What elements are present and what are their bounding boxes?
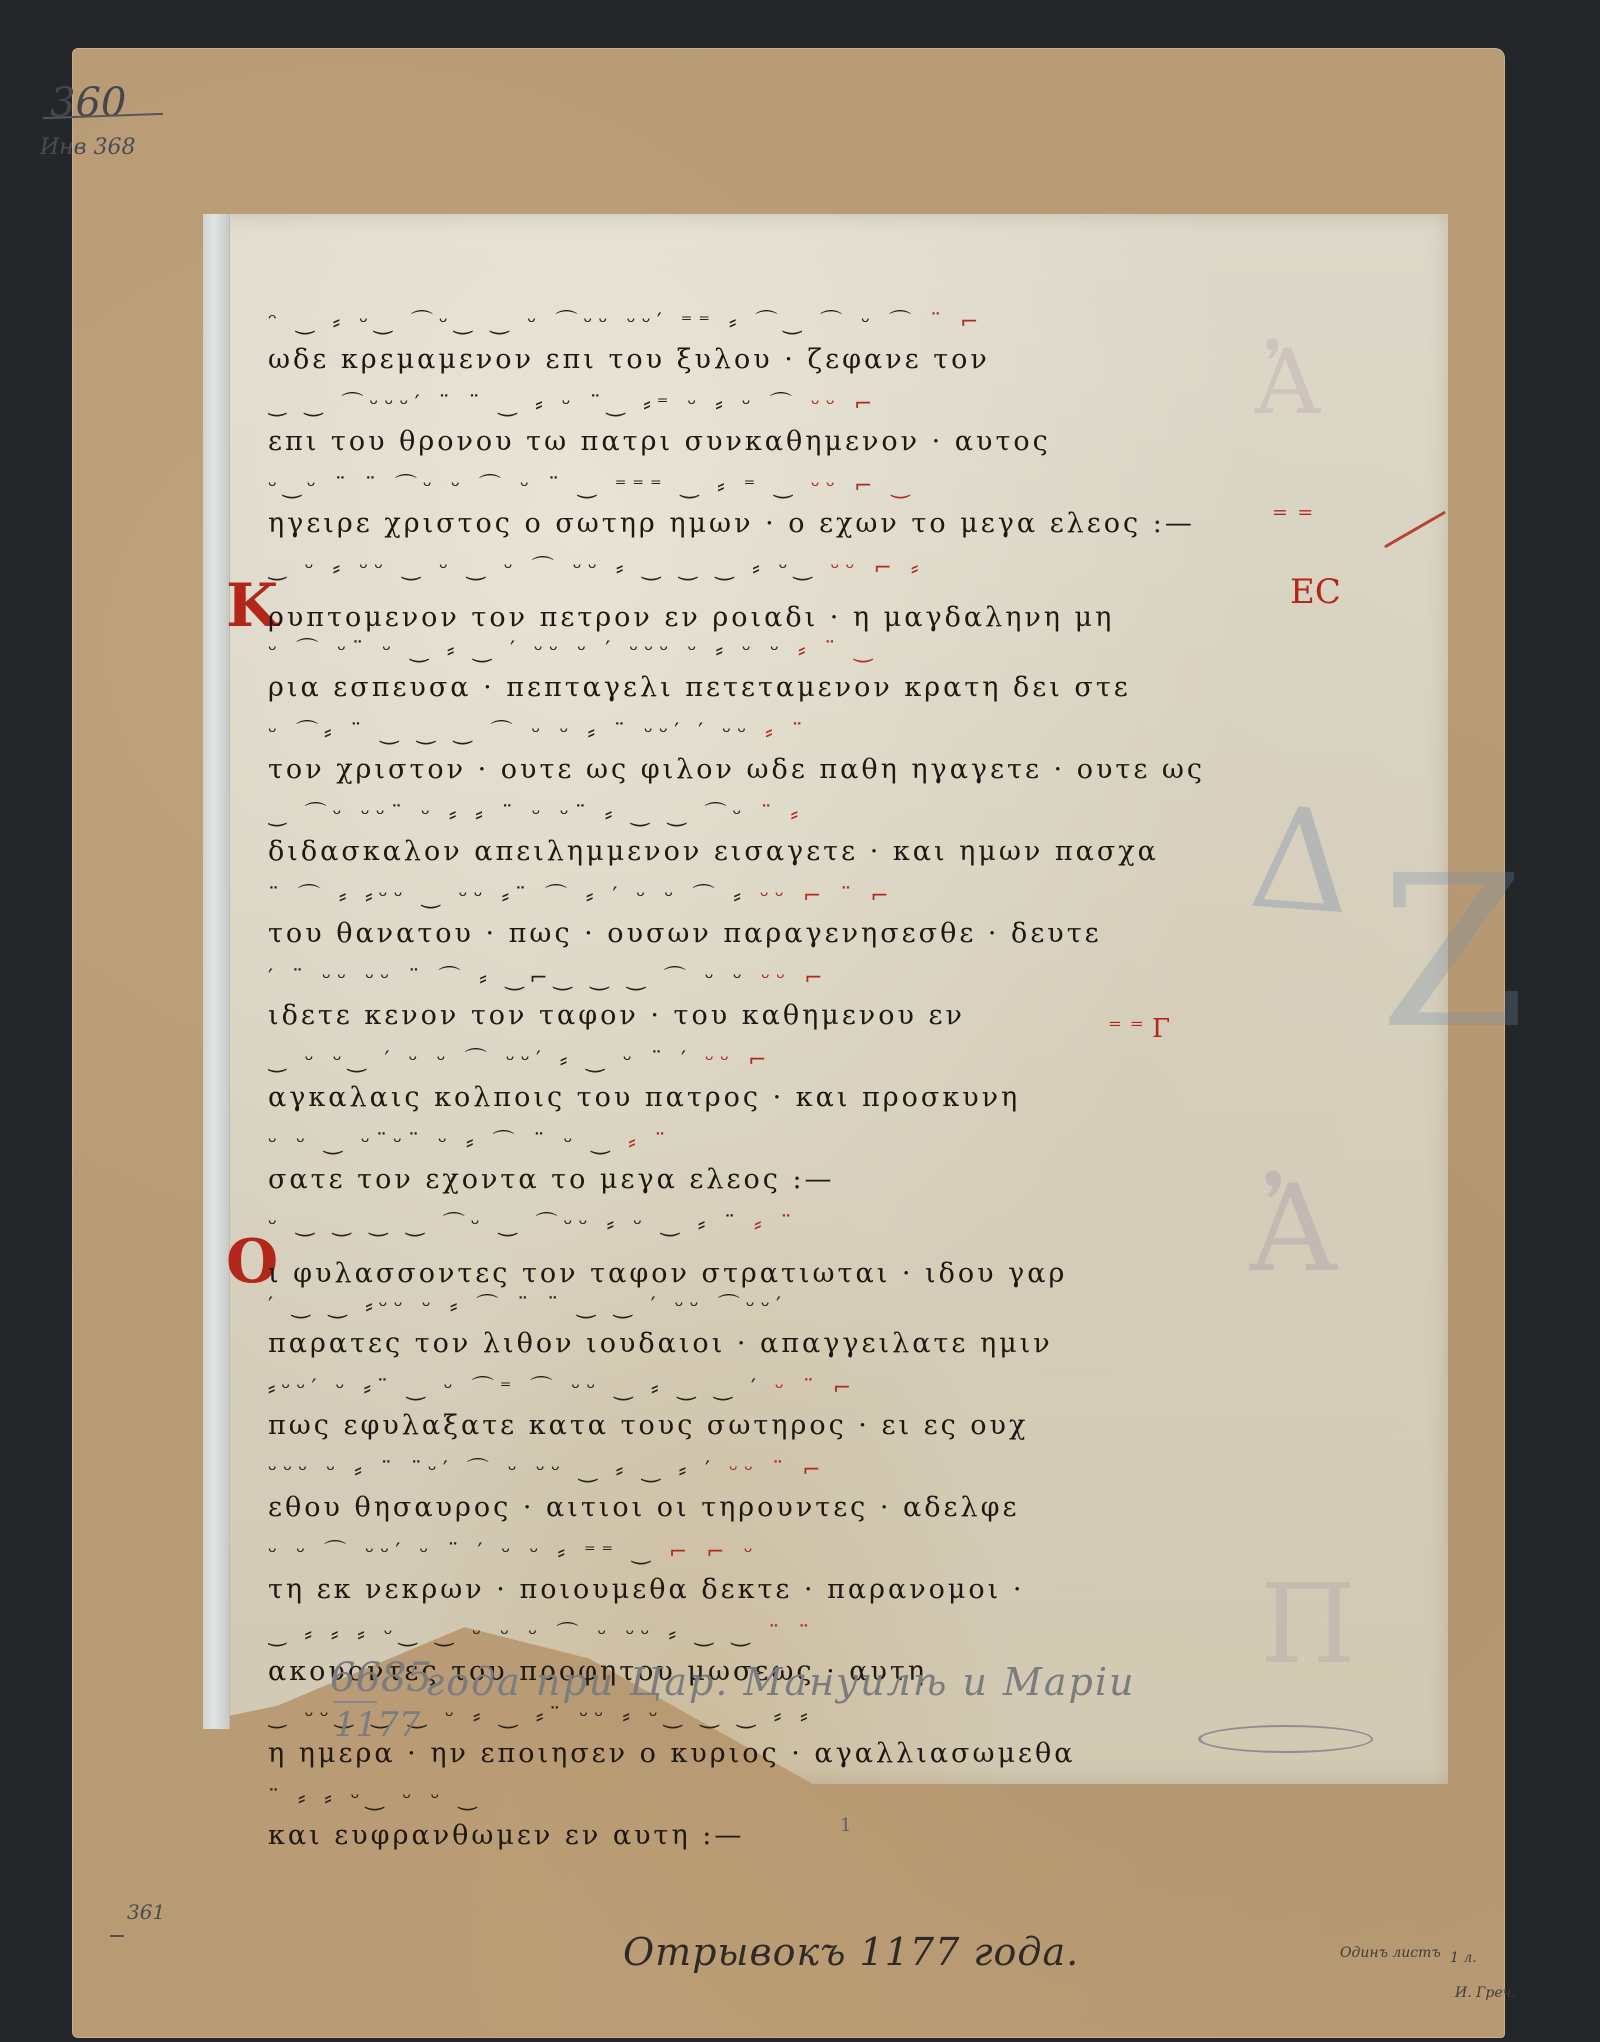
neume-line: ′ ‿ ‿ ⸗ᵕᵕ ᵕ ⸗ ⌒ ¨ ¨ ‿ ‿ ′ ᵕᵕ ⌒ᵕᵕ′: [268, 1289, 1288, 1325]
text-line: τη εκ νεκρων · ποιουμεθα δεκτε · παρανομ…: [268, 1571, 1288, 1617]
neume-line: ⸗ᵕᵕ′ ᵕ ⸗¨ ‿ ᵕ ⌒⁼ ⌒ ᵕᵕ ‿ ⸗ ‿ ‿ ′ ᵕ ¨ ⌐: [268, 1371, 1288, 1407]
folio-number: 360: [50, 80, 126, 126]
pencil-year-am: 6685: [330, 1655, 432, 1701]
red-margin-neume: ⁼ ⁼: [1272, 505, 1313, 533]
neume-line: ᵕᵕᵕ ᵕ ⸗ ¨ ¨ᵕ′ ⌒ ᵕ ᵕᵕ ‿ ⸗ ‿ ⸗ ′ ᵕᵕ ¨ ⌐: [268, 1453, 1288, 1489]
neume-notation: ᵕ ᵕ ⌒ ᵕᵕ′ ᵕ ¨ ′ ᵕ ᵕ ⸗ ⁼⁼ ‿: [268, 1540, 656, 1565]
text-line: εθου θησαυρος · αιτιοι οι τηρουντες · αδ…: [268, 1489, 1288, 1535]
leaf-page-number: 1: [840, 1815, 851, 1836]
neume-notation: ‿ ᵕ ᵕ‿ ′ ᵕ ᵕ ⌒ ᵕᵕ′ ⸗ ‿ ᵕ ¨ ′: [268, 1048, 692, 1073]
pencil-year-rule: [333, 1701, 377, 1703]
neume-notation: ᵕ ᵕ ‿ ᵕ¨ᵕ¨ ᵕ ⸗ ⌒ ¨ ᵕ ‿: [268, 1130, 615, 1155]
neume-notation: ′ ¨ ᵕᵕ ᵕᵕ ¨ ⌒ ⸗ ‿⌐‿ ‿ ‿ ⌒ ᵕ ᵕ: [268, 966, 748, 991]
chant-line: ‿ ᵕᵕ‿ ‿ ‿ ᵕ ⸗ ‿ ⸗¨ ᵕᵕ ⸗ ᵕ‿ ‿ ‿ ⸗ ⸗ η ημε…: [268, 1699, 1288, 1781]
chant-line: ᵔ ‿ ⸗ ᵕ‿ ⌒ᵕ‿ ‿ ᵕ ⌒ᵕᵕ ᵕᵕ′ ⁼⁼ ⸗ ⌒‿ ⌒ ᵕ ⌒ ¨…: [268, 305, 1288, 387]
chant-line: ᵕ ⌒ ᵕ¨ ᵕ ‿ ⸗ ‿ ′ ᵕᵕ ᵕ ′ ᵕᵕᵕ ᵕ ⸗ ᵕ ᵕ ⸗ ¨ …: [268, 633, 1288, 715]
red-neume-notation: ᵕᵕ ¨ ⌐: [729, 1458, 827, 1483]
neume-notation: ⸗ᵕᵕ′ ᵕ ⸗¨ ‿ ᵕ ⌒⁼ ⌒ ᵕᵕ ‿ ⸗ ‿ ‿ ′: [268, 1376, 762, 1401]
neume-notation: ᵕ ⌒⸗ ¨ ‿ ‿ ‿ ⌒ ᵕ ᵕ ⸗ ¨ ᵕᵕ′ ′ ᵕᵕ: [268, 720, 752, 745]
mount-bottom-number: 361: [127, 1900, 165, 1924]
mount-corner-note: Одинъ листъ: [1340, 1945, 1441, 1961]
text-line: τον χριστον · ουτε ως φιλον ωδε παθη ηγα…: [268, 751, 1288, 797]
neume-line: ᵕ‿ᵕ ¨ ¨ ⌒ᵕ ᵕ ⌒ ᵕ ¨ ‿ ⁼⁼⁼ ‿ ⸗ ⁼ ‿ ᵕᵕ ⌐ ‿: [268, 469, 1288, 505]
text-line: του θανατου · πως · ουσων παραγενησεσθε …: [268, 915, 1288, 961]
text-line: επι του θρονου τω πατρι συνκαθημενον · α…: [268, 423, 1288, 469]
text-line: ρια εσπευσα · πεπταγελι πετεταμενον κρατ…: [268, 669, 1288, 715]
red-neume-notation: ᵕᵕ ⌐: [811, 392, 879, 417]
text-line: διδασκαλον απειλημμενον εισαγετε · και η…: [268, 833, 1288, 879]
offset-ghost-letter: Ζ: [1380, 830, 1526, 1075]
chant-line: ‿ ᵕ ⸗ ᵕᵕ ‿ ᵕ ‿ ᵕ ⌒ ᵕᵕ ⸗ ‿ ‿ ‿ ⸗ ᵕ‿ ᵕᵕ ⌐ …: [268, 551, 1288, 633]
text-line: παρατες τον λιθον ιουδαιοι · απαγγειλατε…: [268, 1325, 1288, 1371]
text-line: αγκαλαις κολποις του πατρος · και προσκυ…: [268, 1079, 1288, 1125]
text-line-content: ρυπτομενον τον πετρον εν ροιαδι · η μαγδ…: [268, 602, 1114, 633]
mount-corner-note: И. Греч.: [1455, 1985, 1516, 2001]
red-neume-notation: ᵕᵕ ⌐ ⸗: [830, 556, 924, 581]
pencil-flourish: [1198, 1725, 1373, 1753]
red-margin-neume: ⁼ ⁼ Γ: [1108, 1015, 1170, 1043]
chant-line: ¨ ⌒ ⸗ ⸗ᵕᵕ ‿ ᵕᵕ ⸗¨ ⌒ ⸗ ′ ᵕ ᵕ ⌒ ⸗ ᵕᵕ ⌐ ¨ ⌐…: [268, 879, 1288, 961]
neume-notation: ‿ ⸗ ⸗ ⸗ ᵕ‿ ‿ ᵕ ᵕ ᵕ ⌒ ᵕ ᵕᵕ ⸗ ‿ ‿: [268, 1622, 755, 1647]
chant-line: ‿ ‿ ⌒ᵕᵕᵕ′ ¨ ¨ ‿ ⸗ ᵕ ¨‿ ⸗⁼ ᵕ ⸗ ᵕ ⌒ ᵕᵕ ⌐ ε…: [268, 387, 1288, 469]
red-neume-notation: ᵕᵕ ⌐ ‿: [811, 474, 915, 499]
neume-notation: ¨ ⌒ ⸗ ⸗ᵕᵕ ‿ ᵕᵕ ⸗¨ ⌒ ⸗ ′ ᵕ ᵕ ⌒ ⸗: [268, 884, 747, 909]
manuscript-text-block: ᵔ ‿ ⸗ ᵕ‿ ⌒ᵕ‿ ‿ ᵕ ⌒ᵕᵕ ᵕᵕ′ ⁼⁼ ⸗ ⌒‿ ⌒ ᵕ ⌒ ¨…: [268, 305, 1288, 1863]
text-line: πως εφυλαξατε κατα τους σωτηρος · ει ες …: [268, 1407, 1288, 1453]
neume-line: ‿ ⸗ ⸗ ⸗ ᵕ‿ ‿ ᵕ ᵕ ᵕ ⌒ ᵕ ᵕᵕ ⸗ ‿ ‿ ¨ ¨: [268, 1617, 1288, 1653]
chant-line: ¨ ⸗ ⸗ ᵕ‿ ᵕ ᵕ ‿ και ευφρανθωμεν εν αυτη :…: [268, 1781, 1288, 1863]
neume-line: ᵕ ‿ ‿ ‿ ‿ ⌒ᵕ ‿ ⌒ᵕᵕ ⸗ ᵕ ‿ ⸗ ¨ ⸗ ¨: [268, 1207, 1288, 1243]
red-neume-notation: ⸗ ¨: [628, 1130, 671, 1155]
neume-line: ¨ ⌒ ⸗ ⸗ᵕᵕ ‿ ᵕᵕ ⸗¨ ⌒ ⸗ ′ ᵕ ᵕ ⌒ ⸗ ᵕᵕ ⌐ ¨ ⌐: [268, 879, 1288, 915]
red-neume-notation: ⸗ ¨: [754, 1212, 797, 1237]
chant-line: ᵕ ᵕ ‿ ᵕ¨ᵕ¨ ᵕ ⸗ ⌒ ¨ ᵕ ‿ ⸗ ¨ σατε τον εχον…: [268, 1125, 1288, 1207]
neume-notation: ᵕ ‿ ‿ ‿ ‿ ⌒ᵕ ‿ ⌒ᵕᵕ ⸗ ᵕ ‿ ⸗ ¨: [268, 1212, 741, 1237]
pencil-reign-note: года при Цар. Мануилѣ и Маріи: [425, 1660, 1136, 1704]
red-neume-notation: ᵕᵕ ⌐: [761, 966, 829, 991]
inventory-number: Инв 368: [40, 135, 135, 160]
neume-line: ‿ ⌒ᵕ ᵕᵕ¨ ᵕ ⸗ ⸗ ¨ ᵕ ᵕ¨ ⸗ ‿ ‿ ⌒ᵕ ¨ ⸗: [268, 797, 1288, 833]
red-neume-notation: ᵕ ¨ ⌐: [775, 1376, 858, 1401]
chant-line: ᵕ ⌒⸗ ¨ ‿ ‿ ‿ ⌒ ᵕ ᵕ ⸗ ¨ ᵕᵕ′ ′ ᵕᵕ ⸗ ¨ τον …: [268, 715, 1288, 797]
text-line: Κρυπτομενον τον πετρον εν ροιαδι · η μαγ…: [268, 587, 1288, 633]
neume-line: ‿ ‿ ⌒ᵕᵕᵕ′ ¨ ¨ ‿ ⸗ ᵕ ¨‿ ⸗⁼ ᵕ ⸗ ᵕ ⌒ ᵕᵕ ⌐: [268, 387, 1288, 423]
neume-line: ‿ ᵕ ⸗ ᵕᵕ ‿ ᵕ ‿ ᵕ ⌒ ᵕᵕ ⸗ ‿ ‿ ‿ ⸗ ᵕ‿ ᵕᵕ ⌐ …: [268, 551, 1288, 587]
chant-line: ⸗ᵕᵕ′ ᵕ ⸗¨ ‿ ᵕ ⌒⁼ ⌒ ᵕᵕ ‿ ⸗ ‿ ‿ ′ ᵕ ¨ ⌐ πω…: [268, 1371, 1288, 1453]
red-neume-notation: ᵕᵕ ⌐: [705, 1048, 773, 1073]
neume-line: ′ ¨ ᵕᵕ ᵕᵕ ¨ ⌒ ⸗ ‿⌐‿ ‿ ‿ ⌒ ᵕ ᵕ ᵕᵕ ⌐: [268, 961, 1288, 997]
neume-notation: ‿ ‿ ⌒ᵕᵕᵕ′ ¨ ¨ ‿ ⸗ ᵕ ¨‿ ⸗⁼ ᵕ ⸗ ᵕ ⌒: [268, 392, 798, 417]
chant-line: ‿ ᵕ ᵕ‿ ′ ᵕ ᵕ ⌒ ᵕᵕ′ ⸗ ‿ ᵕ ¨ ′ ᵕᵕ ⌐ αγκαλα…: [268, 1043, 1288, 1125]
neume-notation: ᵕ ⌒ ᵕ¨ ᵕ ‿ ⸗ ‿ ′ ᵕᵕ ᵕ ′ ᵕᵕᵕ ᵕ ⸗ ᵕ ᵕ: [268, 638, 785, 663]
red-neume-notation: ⸗ ¨ ‿: [798, 638, 878, 663]
neume-line: ¨ ⸗ ⸗ ᵕ‿ ᵕ ᵕ ‿: [268, 1781, 1288, 1817]
neume-line: ᵕ ᵕ ⌒ ᵕᵕ′ ᵕ ¨ ′ ᵕ ᵕ ⸗ ⁼⁼ ‿ ⌐ ⌐ ᵕ: [268, 1535, 1288, 1571]
paper-hinge: [203, 214, 230, 1729]
text-line: ωδε κρεμαμενον επι του ξυλου · ζεφανε το…: [268, 341, 1288, 387]
red-initial: Κ: [226, 587, 268, 625]
mount-corner-note: 1 л.: [1450, 1950, 1477, 1966]
neume-line: ᵕ ᵕ ‿ ᵕ¨ᵕ¨ ᵕ ⸗ ⌒ ¨ ᵕ ‿ ⸗ ¨: [268, 1125, 1288, 1161]
neume-notation: ᵕᵕᵕ ᵕ ⸗ ¨ ¨ᵕ′ ⌒ ᵕ ᵕᵕ ‿ ⸗ ‿ ⸗ ′: [268, 1458, 716, 1483]
neume-notation: ᵕ‿ᵕ ¨ ¨ ⌒ᵕ ᵕ ⌒ ᵕ ¨ ‿ ⁼⁼⁼ ‿ ⸗ ⁼ ‿: [268, 474, 798, 499]
red-neume-notation: ⌐ ⌐ ᵕ: [669, 1540, 759, 1565]
text-line: σατε τον εχοντα το μεγα ελεος :—: [268, 1161, 1288, 1207]
chant-line: ‿ ⌒ᵕ ᵕᵕ¨ ᵕ ⸗ ⸗ ¨ ᵕ ᵕ¨ ⸗ ‿ ‿ ⌒ᵕ ¨ ⸗ διδασ…: [268, 797, 1288, 879]
neume-line: ᵔ ‿ ⸗ ᵕ‿ ⌒ᵕ‿ ‿ ᵕ ⌒ᵕᵕ ᵕᵕ′ ⁼⁼ ⸗ ⌒‿ ⌒ ᵕ ⌒ ¨…: [268, 305, 1288, 341]
red-neume-notation: ᵕᵕ ⌐ ¨ ⌐: [760, 884, 895, 909]
chant-line: ᵕ‿ᵕ ¨ ¨ ⌒ᵕ ᵕ ⌒ ᵕ ¨ ‿ ⁼⁼⁼ ‿ ⸗ ⁼ ‿ ᵕᵕ ⌐ ‿ …: [268, 469, 1288, 551]
mount-title-label: Отрывокъ 1177 года.: [623, 1930, 1079, 1974]
neume-notation: ‿ ⌒ᵕ ᵕᵕ¨ ᵕ ⸗ ⸗ ¨ ᵕ ᵕ¨ ⸗ ‿ ‿ ⌒ᵕ: [268, 802, 748, 827]
red-neume-notation: ¨ ⸗: [761, 802, 804, 827]
chant-line: ᵕᵕᵕ ᵕ ⸗ ¨ ¨ᵕ′ ⌒ ᵕ ᵕᵕ ‿ ⸗ ‿ ⸗ ′ ᵕᵕ ¨ ⌐ εθ…: [268, 1453, 1288, 1535]
text-line: και ευφρανθωμεν εν αυτη :—: [268, 1817, 1288, 1863]
red-initial: Ο: [226, 1243, 268, 1281]
neume-notation: ‿ ᵕ ⸗ ᵕᵕ ‿ ᵕ ‿ ᵕ ⌒ ᵕᵕ ⸗ ‿ ‿ ‿ ⸗ ᵕ‿: [268, 556, 817, 581]
neume-line: ‿ ᵕᵕ‿ ‿ ‿ ᵕ ⸗ ‿ ⸗¨ ᵕᵕ ⸗ ᵕ‿ ‿ ‿ ⸗ ⸗: [268, 1699, 1288, 1735]
text-line: η ημερα · ην εποιησεν ο κυριος · αγαλλια…: [268, 1735, 1288, 1781]
chant-line: ′ ‿ ‿ ⸗ᵕᵕ ᵕ ⸗ ⌒ ¨ ¨ ‿ ‿ ′ ᵕᵕ ⌒ᵕᵕ′ παρατε…: [268, 1289, 1288, 1371]
chant-line: ᵕ ᵕ ⌒ ᵕᵕ′ ᵕ ¨ ′ ᵕ ᵕ ⸗ ⁼⁼ ‿ ⌐ ⌐ ᵕ τη εκ ν…: [268, 1535, 1288, 1617]
text-line: Οι φυλασσοντες τον ταφον στρατιωται · ιδ…: [268, 1243, 1288, 1289]
neume-notation: ′ ‿ ‿ ⸗ᵕᵕ ᵕ ⸗ ⌒ ¨ ¨ ‿ ‿ ′ ᵕᵕ ⌒ᵕᵕ′: [268, 1294, 787, 1319]
neume-line: ‿ ᵕ ᵕ‿ ′ ᵕ ᵕ ⌒ ᵕᵕ′ ⸗ ‿ ᵕ ¨ ′ ᵕᵕ ⌐: [268, 1043, 1288, 1079]
neume-notation: ᵔ ‿ ⸗ ᵕ‿ ⌒ᵕ‿ ‿ ᵕ ⌒ᵕᵕ ᵕᵕ′ ⁼⁼ ⸗ ⌒‿ ⌒ ᵕ ⌒: [268, 310, 917, 335]
neume-line: ᵕ ⌒ ᵕ¨ ᵕ ‿ ⸗ ‿ ′ ᵕᵕ ᵕ ′ ᵕᵕᵕ ᵕ ⸗ ᵕ ᵕ ⸗ ¨ …: [268, 633, 1288, 669]
red-neume-notation: ¨ ⌐: [930, 310, 984, 335]
text-line-content: ι φυλασσοντες τον ταφον στρατιωται · ιδο…: [268, 1258, 1067, 1289]
red-neume-notation: ⸗ ¨: [765, 720, 808, 745]
mount-bottom-number-rule: [110, 1935, 124, 1937]
red-margin-mode-sign: ΕC: [1290, 572, 1341, 612]
text-line: ηγειρε χριστος ο σωτηρ ημων · ο εχων το …: [268, 505, 1288, 551]
pencil-year-ad: 1177: [334, 1705, 421, 1745]
red-neume-notation: ¨ ¨: [768, 1622, 815, 1647]
neume-notation: ¨ ⸗ ⸗ ᵕ‿ ᵕ ᵕ ‿: [268, 1786, 482, 1811]
chant-line: ᵕ ‿ ‿ ‿ ‿ ⌒ᵕ ‿ ⌒ᵕᵕ ⸗ ᵕ ‿ ⸗ ¨ ⸗ ¨ Οι φυλα…: [268, 1207, 1288, 1289]
neume-line: ᵕ ⌒⸗ ¨ ‿ ‿ ‿ ⌒ ᵕ ᵕ ⸗ ¨ ᵕᵕ′ ′ ᵕᵕ ⸗ ¨: [268, 715, 1288, 751]
